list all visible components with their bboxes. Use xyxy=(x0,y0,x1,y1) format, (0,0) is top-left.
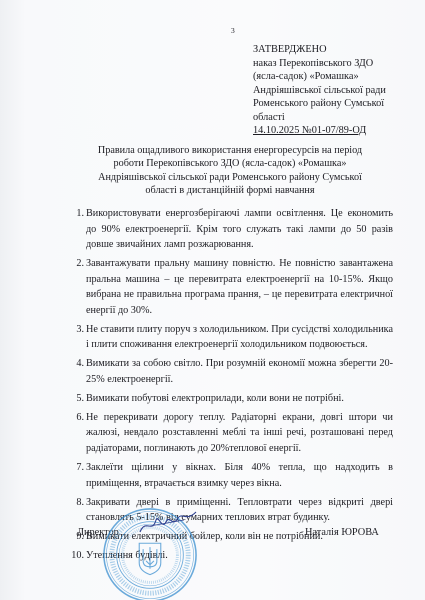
rule-number: 4. xyxy=(65,356,84,372)
rule-item: 4.Вимикати за собою світло. При розумній… xyxy=(86,356,393,387)
title-line: Правила ощадливого використання енергоре… xyxy=(60,144,400,157)
rule-text: Вимикати за собою світло. При розумній е… xyxy=(86,358,393,385)
trident-emblem-icon xyxy=(139,543,161,574)
approval-line: Роменського району Сумської xyxy=(253,97,423,111)
page-number: 3 xyxy=(231,26,235,35)
rule-text: Не ставити плиту поруч з холодильником. … xyxy=(86,324,393,351)
rule-item: 3.Не ставити плиту поруч з холодильником… xyxy=(86,322,393,353)
rule-text: Завантажувати пральну машину повністю. Н… xyxy=(86,258,393,316)
document-title: Правила ощадливого використання енергоре… xyxy=(60,144,400,197)
rule-item: 7.Заклеїти щілини у вікнах. Біля 40% теп… xyxy=(86,460,393,491)
rule-number: 6. xyxy=(65,410,84,426)
rule-number: 7. xyxy=(65,460,84,476)
rule-item: 1.Використовувати енергозберігаючі лампи… xyxy=(86,206,393,253)
approval-line: (ясла-садок) «Ромашка» xyxy=(253,70,423,84)
rule-number: 2. xyxy=(65,256,84,272)
rule-text: Вимикати побутові електроприлади, коли в… xyxy=(86,393,344,404)
rule-text: Не перекривати дорогу теплу. Радіаторні … xyxy=(86,412,393,454)
rule-number: 3. xyxy=(65,322,84,338)
document-page: 3 ЗАТВЕРДЖЕНО наказ Перекопівського ЗДО … xyxy=(0,0,425,600)
approval-line: області xyxy=(253,111,423,125)
rule-item: 6.Не перекривати дорогу теплу. Радіаторн… xyxy=(86,410,393,457)
approval-block: ЗАТВЕРДЖЕНО наказ Перекопівського ЗДО (я… xyxy=(253,43,423,138)
approval-order: 14.10.2025 №01-07/89-ОД xyxy=(253,124,423,138)
rule-number: 8. xyxy=(65,495,84,511)
rule-number: 10. xyxy=(62,548,84,564)
signatory-name: Наталія ЮРОВА xyxy=(305,527,379,538)
title-line: області в дистанційній формі навчання xyxy=(60,184,400,197)
rule-number: 5. xyxy=(65,391,84,407)
rule-item: 5.Вимикати побутові електроприлади, коли… xyxy=(86,391,393,407)
title-line: роботи Перекопівського ЗДО (ясла-садок) … xyxy=(60,157,400,170)
title-line: Андріяшівської сільської ради Роменськог… xyxy=(60,171,400,184)
signature-icon xyxy=(138,508,198,538)
rule-item: 2.Завантажувати пральну машину повністю.… xyxy=(86,256,393,318)
rule-text: Використовувати енергозберігаючі лампи о… xyxy=(86,208,393,250)
approval-heading: ЗАТВЕРДЖЕНО xyxy=(253,43,423,57)
approval-line: наказ Перекопівського ЗДО xyxy=(253,57,423,71)
rule-text: Заклеїти щілини у вікнах. Біля 40% тепла… xyxy=(86,462,393,489)
approval-line: Андріяшівської сільської ради xyxy=(253,84,423,98)
rule-number: 1. xyxy=(65,206,84,222)
